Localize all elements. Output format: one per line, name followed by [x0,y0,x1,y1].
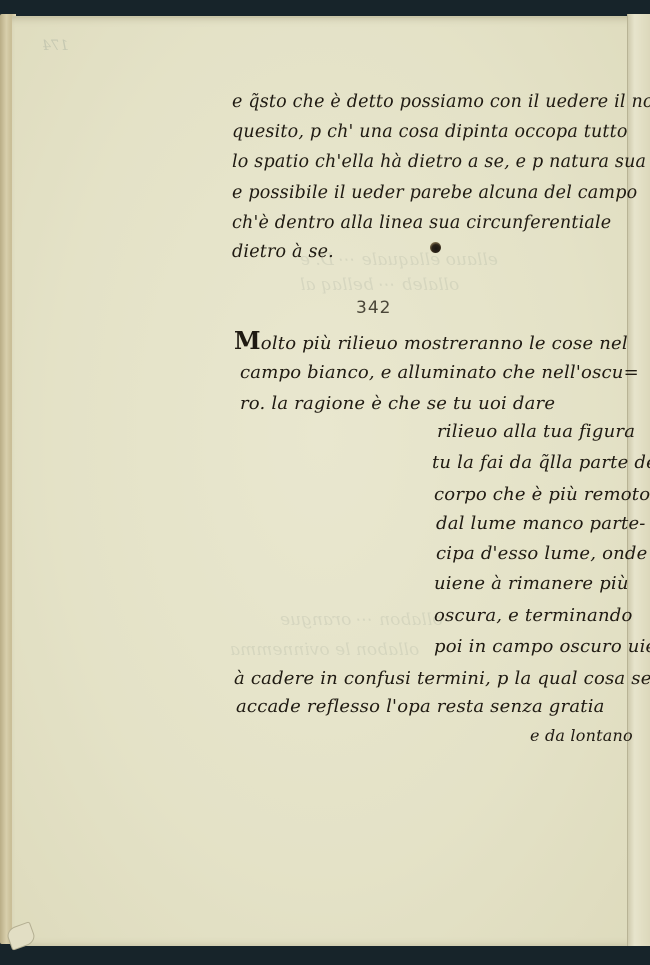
text-line: lo spatio ch'ella hà dietro a se, e p na… [232,152,646,172]
text-line: tu la fai da q̃lla parte del [432,452,650,473]
text-line: corpo che è più remoto [434,484,650,505]
text-line-content: olto più rilieuo mostreranno le cose nel [261,333,628,354]
text-line: e q̃sto che è detto possiamo con il uede… [232,92,650,112]
text-line: à cadere in confusi termini, p la qual c… [234,668,650,689]
text-line: cipa d'esso lume, onde [436,543,648,564]
folio-number-bleed-through: 174 [42,38,69,54]
bleed-through-text: ollabon le ovinnemma [230,640,419,660]
text-line: quesito, p ch' una cosa dipinta occopa t… [232,122,628,142]
text-line: dietro à se. [232,242,334,262]
bleed-through-text: ollaleb ⋯ bellaq al [300,275,459,295]
text-line: rilieuo alla tua figura [437,421,635,442]
text-line-catchword: e da lontano [530,726,633,745]
text-line: ch'è dentro alla linea sua circunferenti… [232,213,611,233]
text-line: accade reflesso l'opa resta senza gratia [236,696,605,717]
text-line: oscura, e terminando [434,605,633,626]
text-line: e possibile il ueder parebe alcuna del c… [232,183,637,203]
drop-cap: M [234,326,261,355]
ink-blot [430,242,441,253]
text-line: campo bianco, e alluminato che nell'oscu… [240,362,639,383]
chapter-number: 342 [356,298,391,318]
text-line: uiene à rimanere più [434,573,629,594]
bleed-through-text: ollabon ⋯ orangue [280,610,442,630]
text-line: poi in campo oscuro uien [434,636,650,657]
text-line: dal lume manco parte- [436,513,646,534]
text-line: Molto più rilieuo mostreranno le cose ne… [234,326,628,355]
text-line: ro. la ragione è che se tu uoi dare [240,393,555,414]
